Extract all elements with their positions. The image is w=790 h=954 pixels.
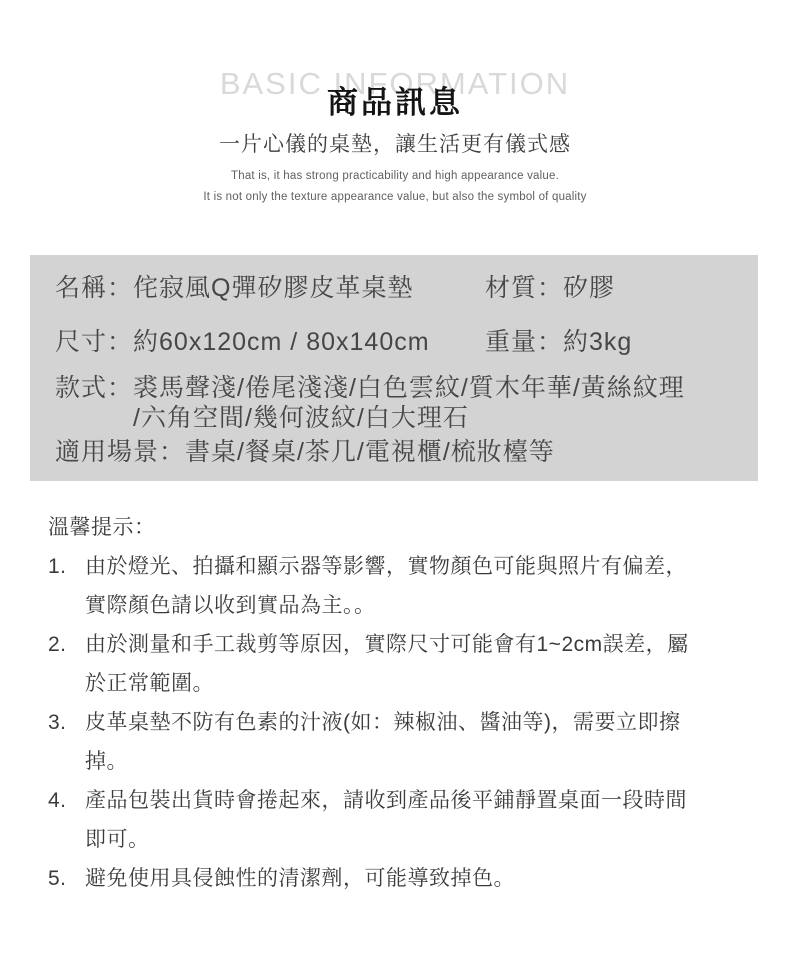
tip-number: 2. [48,625,85,703]
spec-row-style: 款式： 裘馬聲淺/倦尾淺淺/白色雲紋/質木年華/黃絲紋理 /六角空間/幾何波紋/… [55,373,733,433]
spec-style-line-1: 裘馬聲淺/倦尾淺淺/白色雲紋/質木年華/黃絲紋理 [133,373,685,403]
tip-item: 3. 皮革桌墊不防有色素的汁液(如：辣椒油、醬油等)，需要立即擦 掉。 [48,703,760,781]
header: BASIC INFORMATION 商品訊息 一片心儀的桌墊，讓生活更有儀式感 … [0,68,790,205]
spec-name-value: 侘寂風Q彈矽膠皮革桌墊 [133,273,413,303]
subtitle: 一片心儀的桌墊，讓生活更有儀式感 [0,133,790,157]
tagline-line-1: That is, it has strong practicability an… [0,168,790,184]
tip-text: 避免使用具侵蝕性的清潔劑，可能導致掉色。 [85,859,760,898]
tip-line: 由於測量和手工裁剪等原因，實際尺寸可能會有1~2cm誤差，屬 [85,625,760,664]
tip-number: 3. [48,703,85,781]
tip-item: 5. 避免使用具侵蝕性的清潔劑，可能導致掉色。 [48,859,760,898]
tip-line: 即可。 [85,820,760,859]
tip-line: 產品包裝出貨時會捲起來，請收到產品後平鋪靜置桌面一段時間 [85,781,760,820]
tips-heading: 溫馨提示： [48,508,760,547]
tip-line: 避免使用具侵蝕性的清潔劑，可能導致掉色。 [85,859,760,898]
page-title: 商品訊息 [0,86,790,120]
spec-size-value: 約60x120cm / 80x140cm [133,327,430,357]
tip-text: 產品包裝出貨時會捲起來，請收到產品後平鋪靜置桌面一段時間 即可。 [85,781,760,859]
spec-name: 名稱：侘寂風Q彈矽膠皮革桌墊 [55,273,485,303]
spec-scenes-label: 適用場景： [55,437,185,467]
spec-style-label: 款式： [55,373,133,403]
spec-style-line-2: /六角空間/幾何波紋/白大理石 [133,403,685,433]
tip-line: 掉。 [85,742,760,781]
spec-material-label: 材質： [485,273,563,303]
tip-line: 於正常範圍。 [85,664,760,703]
tip-text: 由於測量和手工裁剪等原因，實際尺寸可能會有1~2cm誤差，屬 於正常範圍。 [85,625,760,703]
tips-section: 溫馨提示： 1. 由於燈光、拍攝和顯示器等影響，實物顏色可能與照片有偏差， 實際… [48,508,760,898]
spec-size-label: 尺寸： [55,327,133,357]
tagline-line-2: It is not only the texture appearance va… [0,189,790,205]
spec-style-value: 裘馬聲淺/倦尾淺淺/白色雲紋/質木年華/黃絲紋理 /六角空間/幾何波紋/白大理石 [133,373,685,433]
spec-row-name-material: 名稱：侘寂風Q彈矽膠皮革桌墊 材質：矽膠 [55,273,733,303]
tip-item: 1. 由於燈光、拍攝和顯示器等影響，實物顏色可能與照片有偏差， 實際顏色請以收到… [48,547,760,625]
spec-row-scenes: 適用場景：書桌/餐桌/茶几/電視櫃/梳妝檯等 [55,437,733,467]
spec-weight-value: 約3kg [563,327,632,357]
spec-weight: 重量：約3kg [485,327,632,357]
tip-line: 由於燈光、拍攝和顯示器等影響，實物顏色可能與照片有偏差， [85,547,760,586]
spec-size: 尺寸：約60x120cm / 80x140cm [55,327,485,357]
spec-material-value: 矽膠 [563,273,615,303]
spec-material: 材質：矽膠 [485,273,615,303]
tip-item: 2. 由於測量和手工裁剪等原因，實際尺寸可能會有1~2cm誤差，屬 於正常範圍。 [48,625,760,703]
tip-number: 5. [48,859,85,898]
spec-scenes-value: 書桌/餐桌/茶几/電視櫃/梳妝檯等 [185,437,555,467]
tip-line: 實際顏色請以收到實品為主。。 [85,586,760,625]
tip-number: 1. [48,547,85,625]
tip-text: 由於燈光、拍攝和顯示器等影響，實物顏色可能與照片有偏差， 實際顏色請以收到實品為… [85,547,760,625]
spec-name-label: 名稱： [55,273,133,303]
tip-text: 皮革桌墊不防有色素的汁液(如：辣椒油、醬油等)，需要立即擦 掉。 [85,703,760,781]
spec-row-size-weight: 尺寸：約60x120cm / 80x140cm 重量：約3kg [55,327,733,357]
product-spec-panel: 名稱：侘寂風Q彈矽膠皮革桌墊 材質：矽膠 尺寸：約60x120cm / 80x1… [30,255,758,481]
tip-number: 4. [48,781,85,859]
product-info-page: BASIC INFORMATION 商品訊息 一片心儀的桌墊，讓生活更有儀式感 … [0,0,790,954]
tip-line: 皮革桌墊不防有色素的汁液(如：辣椒油、醬油等)，需要立即擦 [85,703,760,742]
tip-item: 4. 產品包裝出貨時會捲起來，請收到產品後平鋪靜置桌面一段時間 即可。 [48,781,760,859]
spec-weight-label: 重量： [485,327,563,357]
